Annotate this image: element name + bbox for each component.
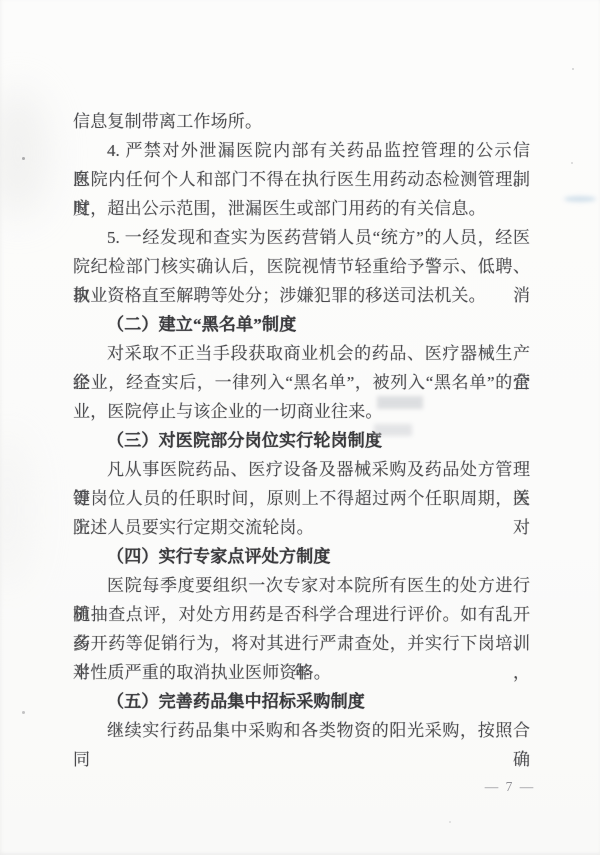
scan-speck [22, 711, 25, 714]
heading-line: （二）建立“黑名单”制度 [73, 310, 530, 339]
text-line: 信息复制带离工作场所。 [73, 107, 530, 136]
text-line: 4. 严禁对外泄漏医院内部有关药品监控管理的公示信息。 [73, 136, 530, 165]
page-number: — 7 — [480, 779, 540, 795]
scan-speck [22, 157, 25, 160]
ink-smudge [564, 196, 596, 202]
text-line: 时，超出公示范围，泄漏医生或部门用药的有关信息。 [73, 194, 530, 223]
scan-speck [449, 821, 451, 823]
scan-speck [572, 68, 574, 70]
heading-line: （四）实行专家点评处方制度 [73, 542, 530, 571]
scan-shading [0, 88, 48, 218]
text-line: 键岗位人员的任职时间，原则上不得超过两个任职周期，医院对 [73, 484, 530, 513]
text-line: 对采取不正当手段获取商业机会的药品、医疗器械生产经营 [73, 339, 530, 368]
scan-shading [0, 430, 30, 590]
text-line: 5. 一经发现和查实为医药营销人员“统方”的人员，经医 [73, 223, 530, 252]
text-line: 多开药等促销行为，将对其进行严肃查处，并实行下岗培训半年， [73, 629, 530, 658]
text-line: 医院内任何个人和部门不得在执行医生用药动态检测管理制度 [73, 165, 530, 194]
text-line: 执业资格直至解聘等处分；涉嫌犯罪的移送司法机关。 [73, 281, 530, 310]
text-line: 院纪检部门核实确认后，医院视情节轻重给予警示、低聘、取消 [73, 252, 530, 281]
text-line: 机抽查点评，对处方用药是否科学合理进行评价。如有乱开药、 [73, 600, 530, 629]
scanned-document-page: 信息复制带离工作场所。4. 严禁对外泄漏医院内部有关药品监控管理的公示信息。医院… [0, 0, 600, 855]
heading-line: （三）对医院部分岗位实行轮岗制度 [73, 426, 530, 455]
heading-line: （五）完善药品集中招标采购制度 [73, 687, 530, 716]
text-line: 业，医院停止与该企业的一切商业往来。 [73, 397, 530, 426]
text-line: 继续实行药品集中采购和各类物资的阳光采购，按照合同确 [73, 716, 530, 745]
text-line: 凡从事医院药品、医疗设备及器械采购及药品处方管理等关 [73, 455, 530, 484]
text-line: 企业，经查实后，一律列入“黑名单”，被列入“黑名单”的企 [73, 368, 530, 397]
text-line: 医院每季度要组织一次专家对本院所有医生的处方进行随 [73, 571, 530, 600]
document-body: 信息复制带离工作场所。4. 严禁对外泄漏医院内部有关药品监控管理的公示信息。医院… [73, 107, 530, 745]
scan-speck [571, 162, 573, 164]
